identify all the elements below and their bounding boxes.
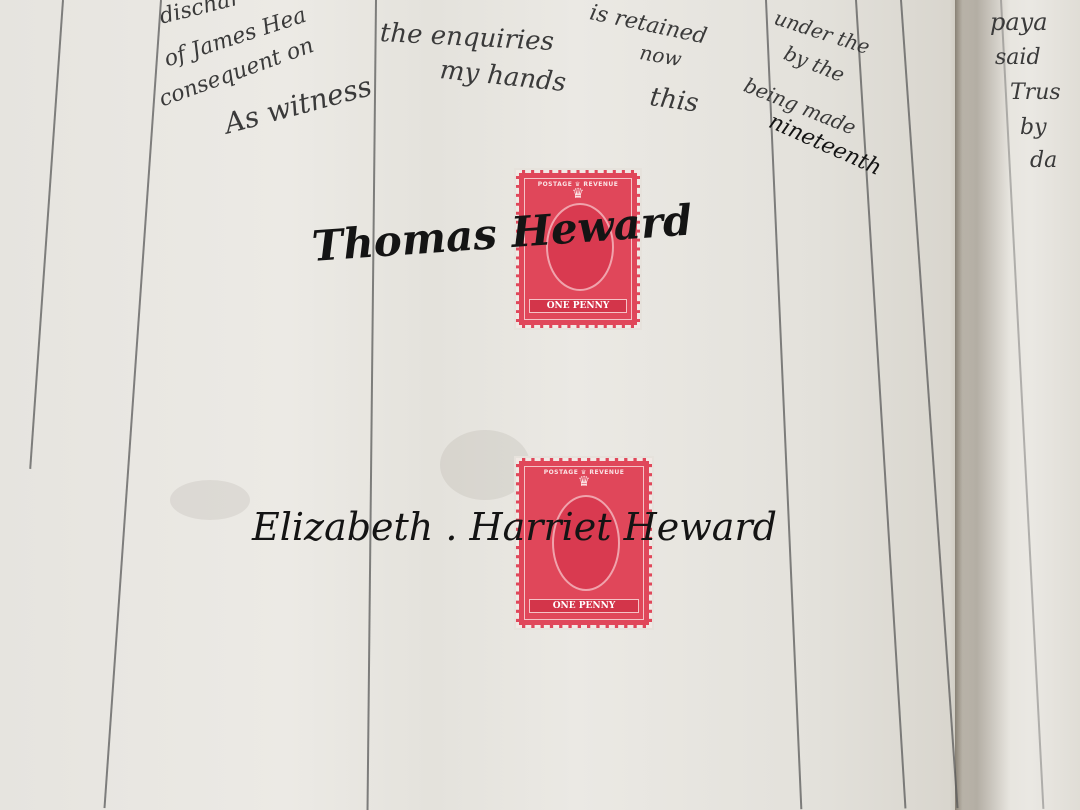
signature-elizabeth-harriet-heward: Elizabeth . Harriet Heward [252, 505, 777, 549]
facing-page-text: da [1030, 148, 1057, 173]
crown-icon: ♛ [573, 475, 595, 489]
facing-page-text: by [1020, 115, 1047, 140]
crown-icon: ♛ [567, 187, 589, 201]
page-gutter [950, 0, 1010, 810]
facing-page-text: paya [990, 8, 1048, 36]
facing-page-text: said [995, 45, 1041, 70]
stamp-value-label: ONE PENNY [529, 599, 639, 613]
stamp-value-label: ONE PENNY [529, 299, 627, 313]
facing-page-text: Trus [1010, 80, 1061, 105]
smudge [170, 480, 250, 520]
